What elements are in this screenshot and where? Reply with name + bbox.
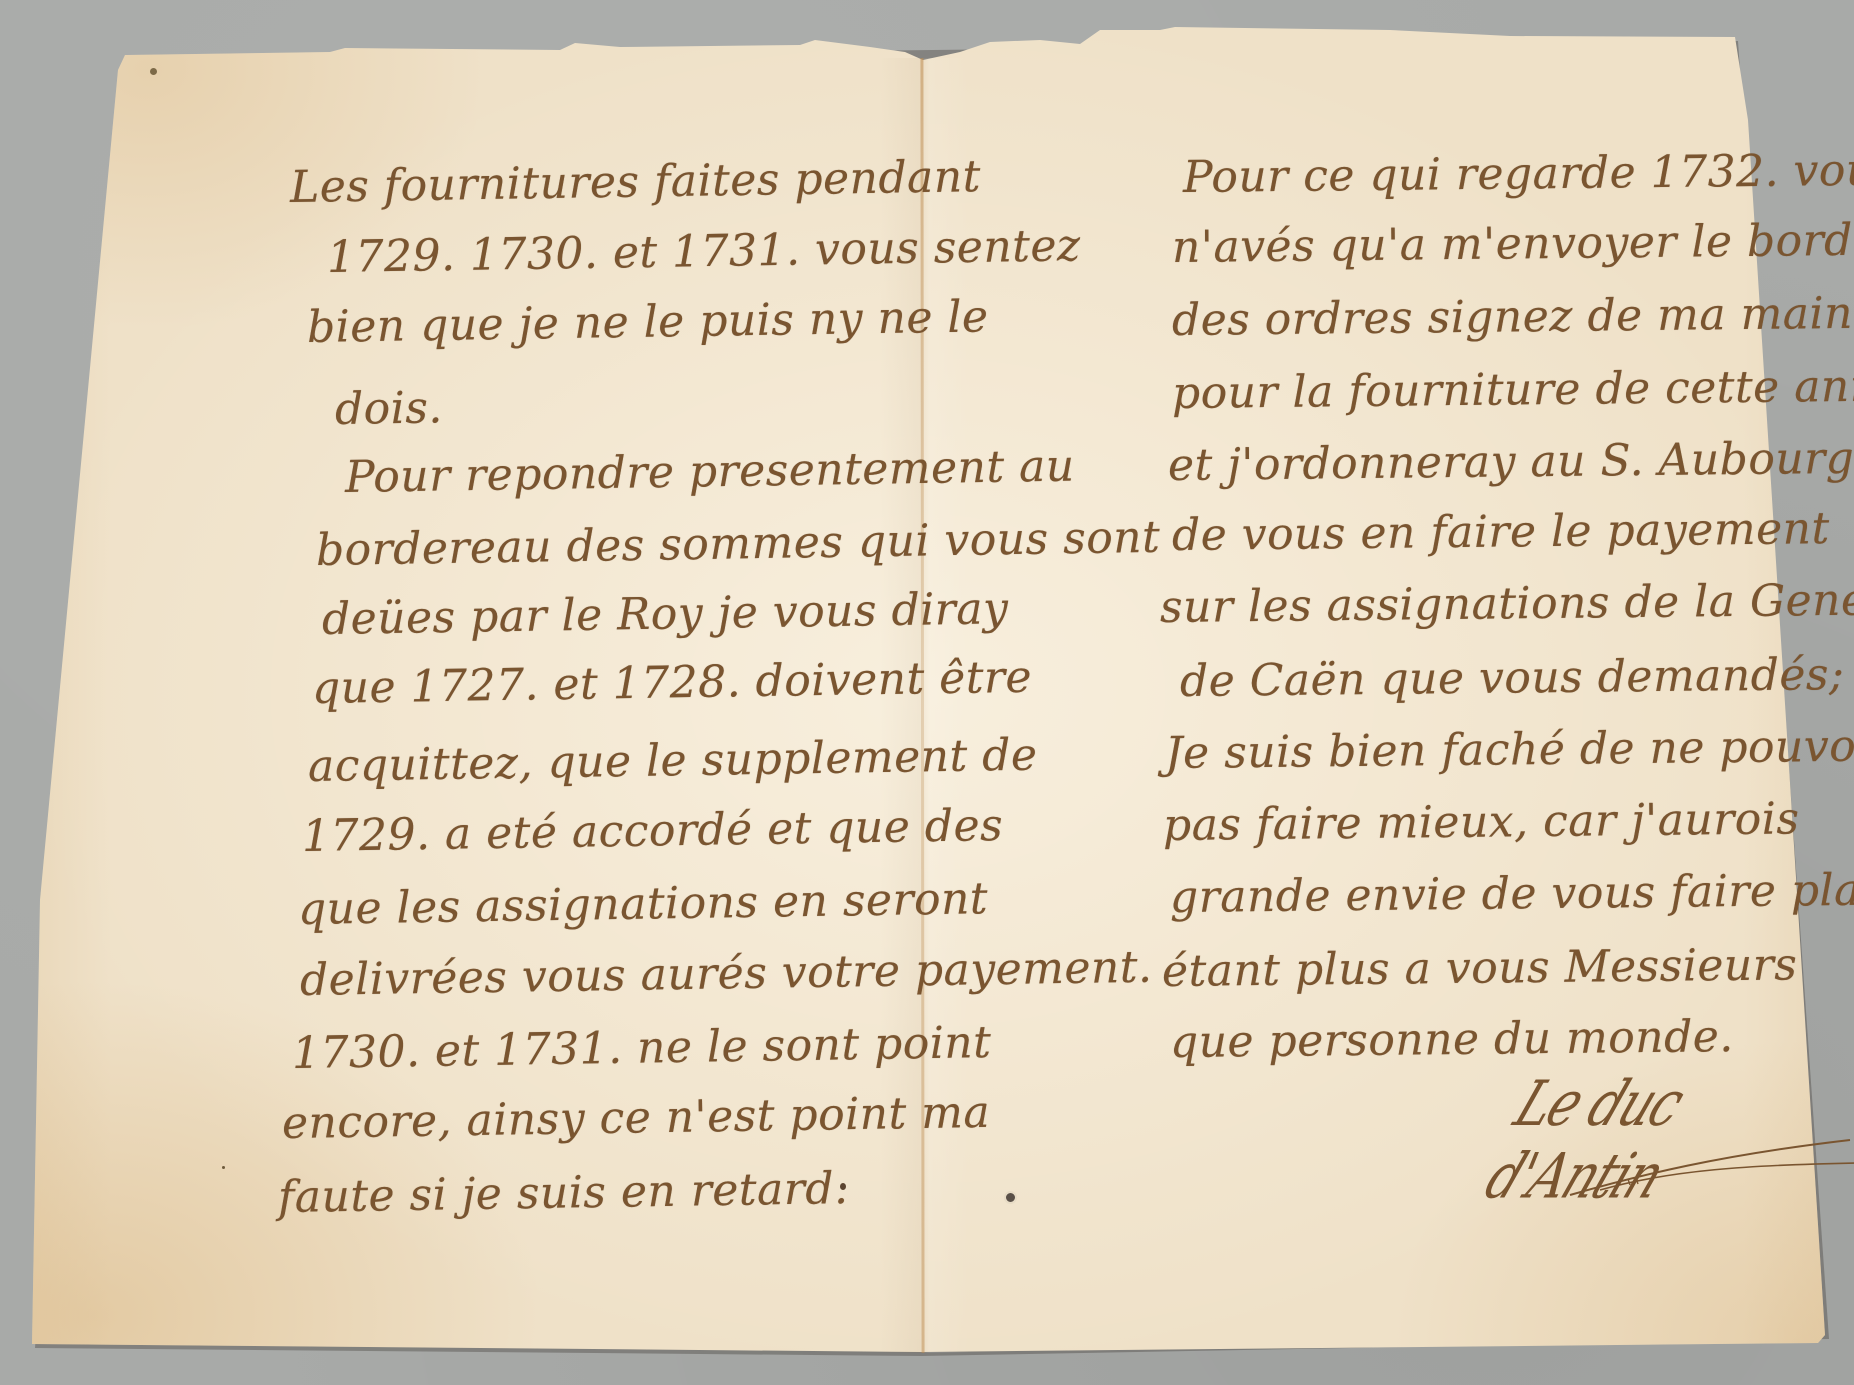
right-line-4: pour la fourniture de cette année [1172,360,1854,419]
left-line-11: que les assignations en seront [298,873,989,935]
right-line-6: de vous en faire le payement [1172,503,1830,561]
right-line-3: des ordres signez de ma main [1172,288,1853,346]
left-line-4: dois. [335,382,444,435]
right-line-2: n'avés qu'a m'envoyer le bordereau [1172,214,1854,273]
left-line-1: Les fournitures faites pendant [290,151,982,213]
paper-speck [150,68,157,75]
right-line-12: étant plus a vous Messieurs [1162,939,1798,997]
left-line-7: deües par le Roy je vous diray [322,583,1009,645]
right-line-8: de Caën que vous demandés; [1180,649,1845,707]
left-line-3: bien que je ne le puis ny ne le [307,291,989,353]
left-line-15: faute si je suis en retard. [278,1163,849,1223]
signature-flourish-icon [1560,1135,1854,1205]
right-line-1: Pour ce qui regarde 1732. vous [1183,145,1854,203]
right-line-7: sur les assignations de la Generalité [1160,573,1854,633]
ink-dot [1004,1191,1017,1204]
right-line-10: pas faire mieux, car j'aurois [1163,793,1800,851]
right-line-11: grande envie de vous faire plaisir [1170,864,1854,923]
ink-dot [222,1166,225,1169]
right-line-13: que personne du monde. [1170,1011,1734,1068]
right-line-5: et j'ordonneray au S. Aubourg [1168,433,1854,491]
right-line-9: Je suis bien faché de ne pouvoir [1165,720,1854,779]
